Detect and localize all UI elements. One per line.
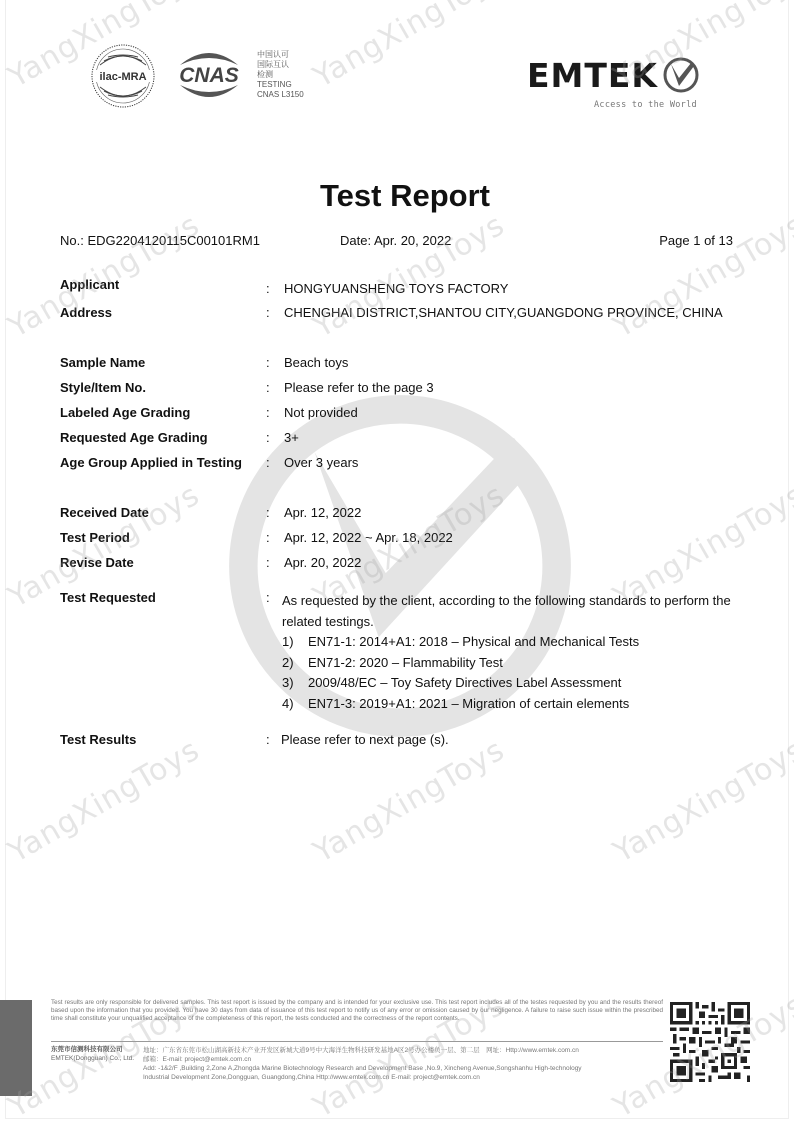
field-style-item-no: Style/Item No. : Please refer to the pag…: [60, 380, 760, 395]
list-item: 3) 2009/48/EC – Toy Safety Directives La…: [282, 673, 639, 694]
field-labeled-age-grading: Labeled Age Grading : Not provided: [60, 405, 760, 420]
separator: :: [266, 281, 284, 296]
separator: :: [266, 590, 270, 605]
separator: :: [266, 430, 284, 445]
address-cn: 地址：广东省东莞市松山湖高新技术产业开发区新城大道9号中大海洋生物科技研发基地A…: [143, 1046, 582, 1055]
footer-disclaimer: Test results are only responsible for de…: [51, 999, 663, 1022]
field-test-results: Test Results : Please refer to next page…: [60, 732, 760, 747]
separator: :: [266, 380, 284, 395]
field-value: Beach toys: [284, 355, 760, 370]
address-en-line: Add: -1&2/F ,Building 2,Zone A,Zhongda M…: [143, 1064, 582, 1073]
footer-divider: [51, 1041, 663, 1042]
field-label: Test Period: [60, 530, 266, 545]
field-label: Test Results: [60, 732, 266, 747]
list-item: 2) EN71-2: 2020 – Flammability Test: [282, 653, 639, 674]
field-label: Address: [60, 305, 266, 320]
watermark: YangXingToys: [308, 0, 511, 95]
email-cn: 邮箱：E-mail: project@emtek.com.cn: [143, 1055, 582, 1064]
list-number: 4): [282, 694, 308, 715]
footer-company: 东莞市信测科技有限公司 EMTEK(Dongguan) Co., Ltd.: [51, 1046, 134, 1063]
separator: :: [266, 455, 284, 470]
list-number: 3): [282, 673, 308, 694]
emtek-check-icon: [660, 54, 702, 96]
standards-list: 1) EN71-1: 2014+A1: 2018 – Physical and …: [282, 632, 639, 714]
field-value: HONGYUANSHENG TOYS FACTORY: [284, 281, 760, 296]
field-label: Sample Name: [60, 355, 266, 370]
standard-text: 2009/48/EC – Toy Safety Directives Label…: [308, 673, 621, 694]
separator: :: [266, 355, 284, 370]
field-label: Style/Item No.: [60, 380, 266, 395]
page-title: Test Report: [0, 178, 794, 214]
field-received-date: Received Date : Apr. 12, 2022: [60, 505, 760, 520]
svg-text:CNAS: CNAS: [179, 64, 239, 87]
standard-text: EN71-2: 2020 – Flammability Test: [308, 653, 503, 674]
field-sample-name: Sample Name : Beach toys: [60, 355, 760, 370]
field-address: Address : CHENGHAI DISTRICT,SHANTOU CITY…: [60, 305, 760, 320]
field-value: Apr. 12, 2022 ~ Apr. 18, 2022: [284, 530, 760, 545]
cnas-logo: CNAS: [170, 45, 248, 105]
page-indicator: Page 1 of 13: [659, 233, 733, 248]
ilac-mra-logo: ilac-MRA: [90, 43, 156, 109]
field-label: Requested Age Grading: [60, 430, 266, 445]
field-value: Please refer to the page 3: [284, 380, 760, 395]
test-requested-intro: As requested by the client, according to…: [282, 590, 742, 632]
separator: :: [266, 530, 284, 545]
field-revise-date: Revise Date : Apr. 20, 2022: [60, 555, 760, 570]
field-label: Labeled Age Grading: [60, 405, 266, 420]
cnas-line: TESTING: [257, 80, 304, 90]
side-tab-bar: [0, 1000, 32, 1096]
emtek-wordmark: EMTEK: [527, 56, 658, 95]
footer-address: 地址：广东省东莞市松山湖高新技术产业开发区新城大道9号中大海洋生物科技研发基地A…: [143, 1046, 582, 1082]
field-value: Please refer to next page (s).: [281, 732, 760, 747]
cnas-line: 检测: [257, 70, 304, 80]
field-age-group-applied: Age Group Applied in Testing : Over 3 ye…: [60, 455, 760, 470]
field-value: 3+: [284, 430, 760, 445]
emtek-logo: EMTEK: [527, 54, 702, 96]
list-number: 2): [282, 653, 308, 674]
watermark: YangXingToys: [3, 732, 206, 870]
cnas-line: CNAS L3150: [257, 90, 304, 100]
cnas-line: 国际互认: [257, 60, 304, 70]
watermark: YangXingToys: [608, 732, 794, 870]
field-test-period: Test Period : Apr. 12, 2022 ~ Apr. 18, 2…: [60, 530, 760, 545]
list-item: 4) EN71-3: 2019+A1: 2021 – Migration of …: [282, 694, 639, 715]
separator: :: [266, 555, 284, 570]
field-applicant: Applicant : HONGYUANSHENG TOYS FACTORY: [60, 277, 760, 296]
field-requested-age-grading: Requested Age Grading : 3+: [60, 430, 760, 445]
field-label: Age Group Applied in Testing: [60, 455, 266, 470]
field-value: Apr. 20, 2022: [284, 555, 760, 570]
field-label: Test Requested: [60, 590, 156, 605]
separator: :: [266, 305, 284, 320]
company-name-cn: 东莞市信测科技有限公司: [51, 1046, 134, 1055]
field-value: CHENGHAI DISTRICT,SHANTOU CITY,GUANGDONG…: [284, 305, 760, 320]
cnas-accreditation-text: 中国认可 国际互认 检测 TESTING CNAS L3150: [257, 50, 304, 100]
svg-text:ilac-MRA: ilac-MRA: [99, 71, 146, 83]
list-item: 1) EN71-1: 2014+A1: 2018 – Physical and …: [282, 632, 639, 653]
cnas-line: 中国认可: [257, 50, 304, 60]
field-value: Over 3 years: [284, 455, 760, 470]
qr-code-icon: [670, 1002, 750, 1082]
report-date: Date: Apr. 20, 2022: [340, 233, 451, 248]
watermark: YangXingToys: [308, 732, 511, 870]
company-name-en: EMTEK(Dongguan) Co., Ltd.: [51, 1055, 134, 1064]
field-label: Applicant: [60, 277, 266, 296]
list-number: 1): [282, 632, 308, 653]
separator: :: [266, 505, 284, 520]
separator: :: [266, 405, 284, 420]
standard-text: EN71-1: 2014+A1: 2018 – Physical and Mec…: [308, 632, 639, 653]
field-value: Apr. 12, 2022: [284, 505, 760, 520]
field-value: Not provided: [284, 405, 760, 420]
field-label: Received Date: [60, 505, 266, 520]
emtek-tagline: Access to the World: [594, 100, 697, 110]
standard-text: EN71-3: 2019+A1: 2021 – Migration of cer…: [308, 694, 629, 715]
field-label: Revise Date: [60, 555, 266, 570]
report-number: No.: EDG2204120115C00101RM1: [60, 233, 260, 248]
address-en-line: Industrial Development Zone,Dongguan, Gu…: [143, 1073, 582, 1082]
